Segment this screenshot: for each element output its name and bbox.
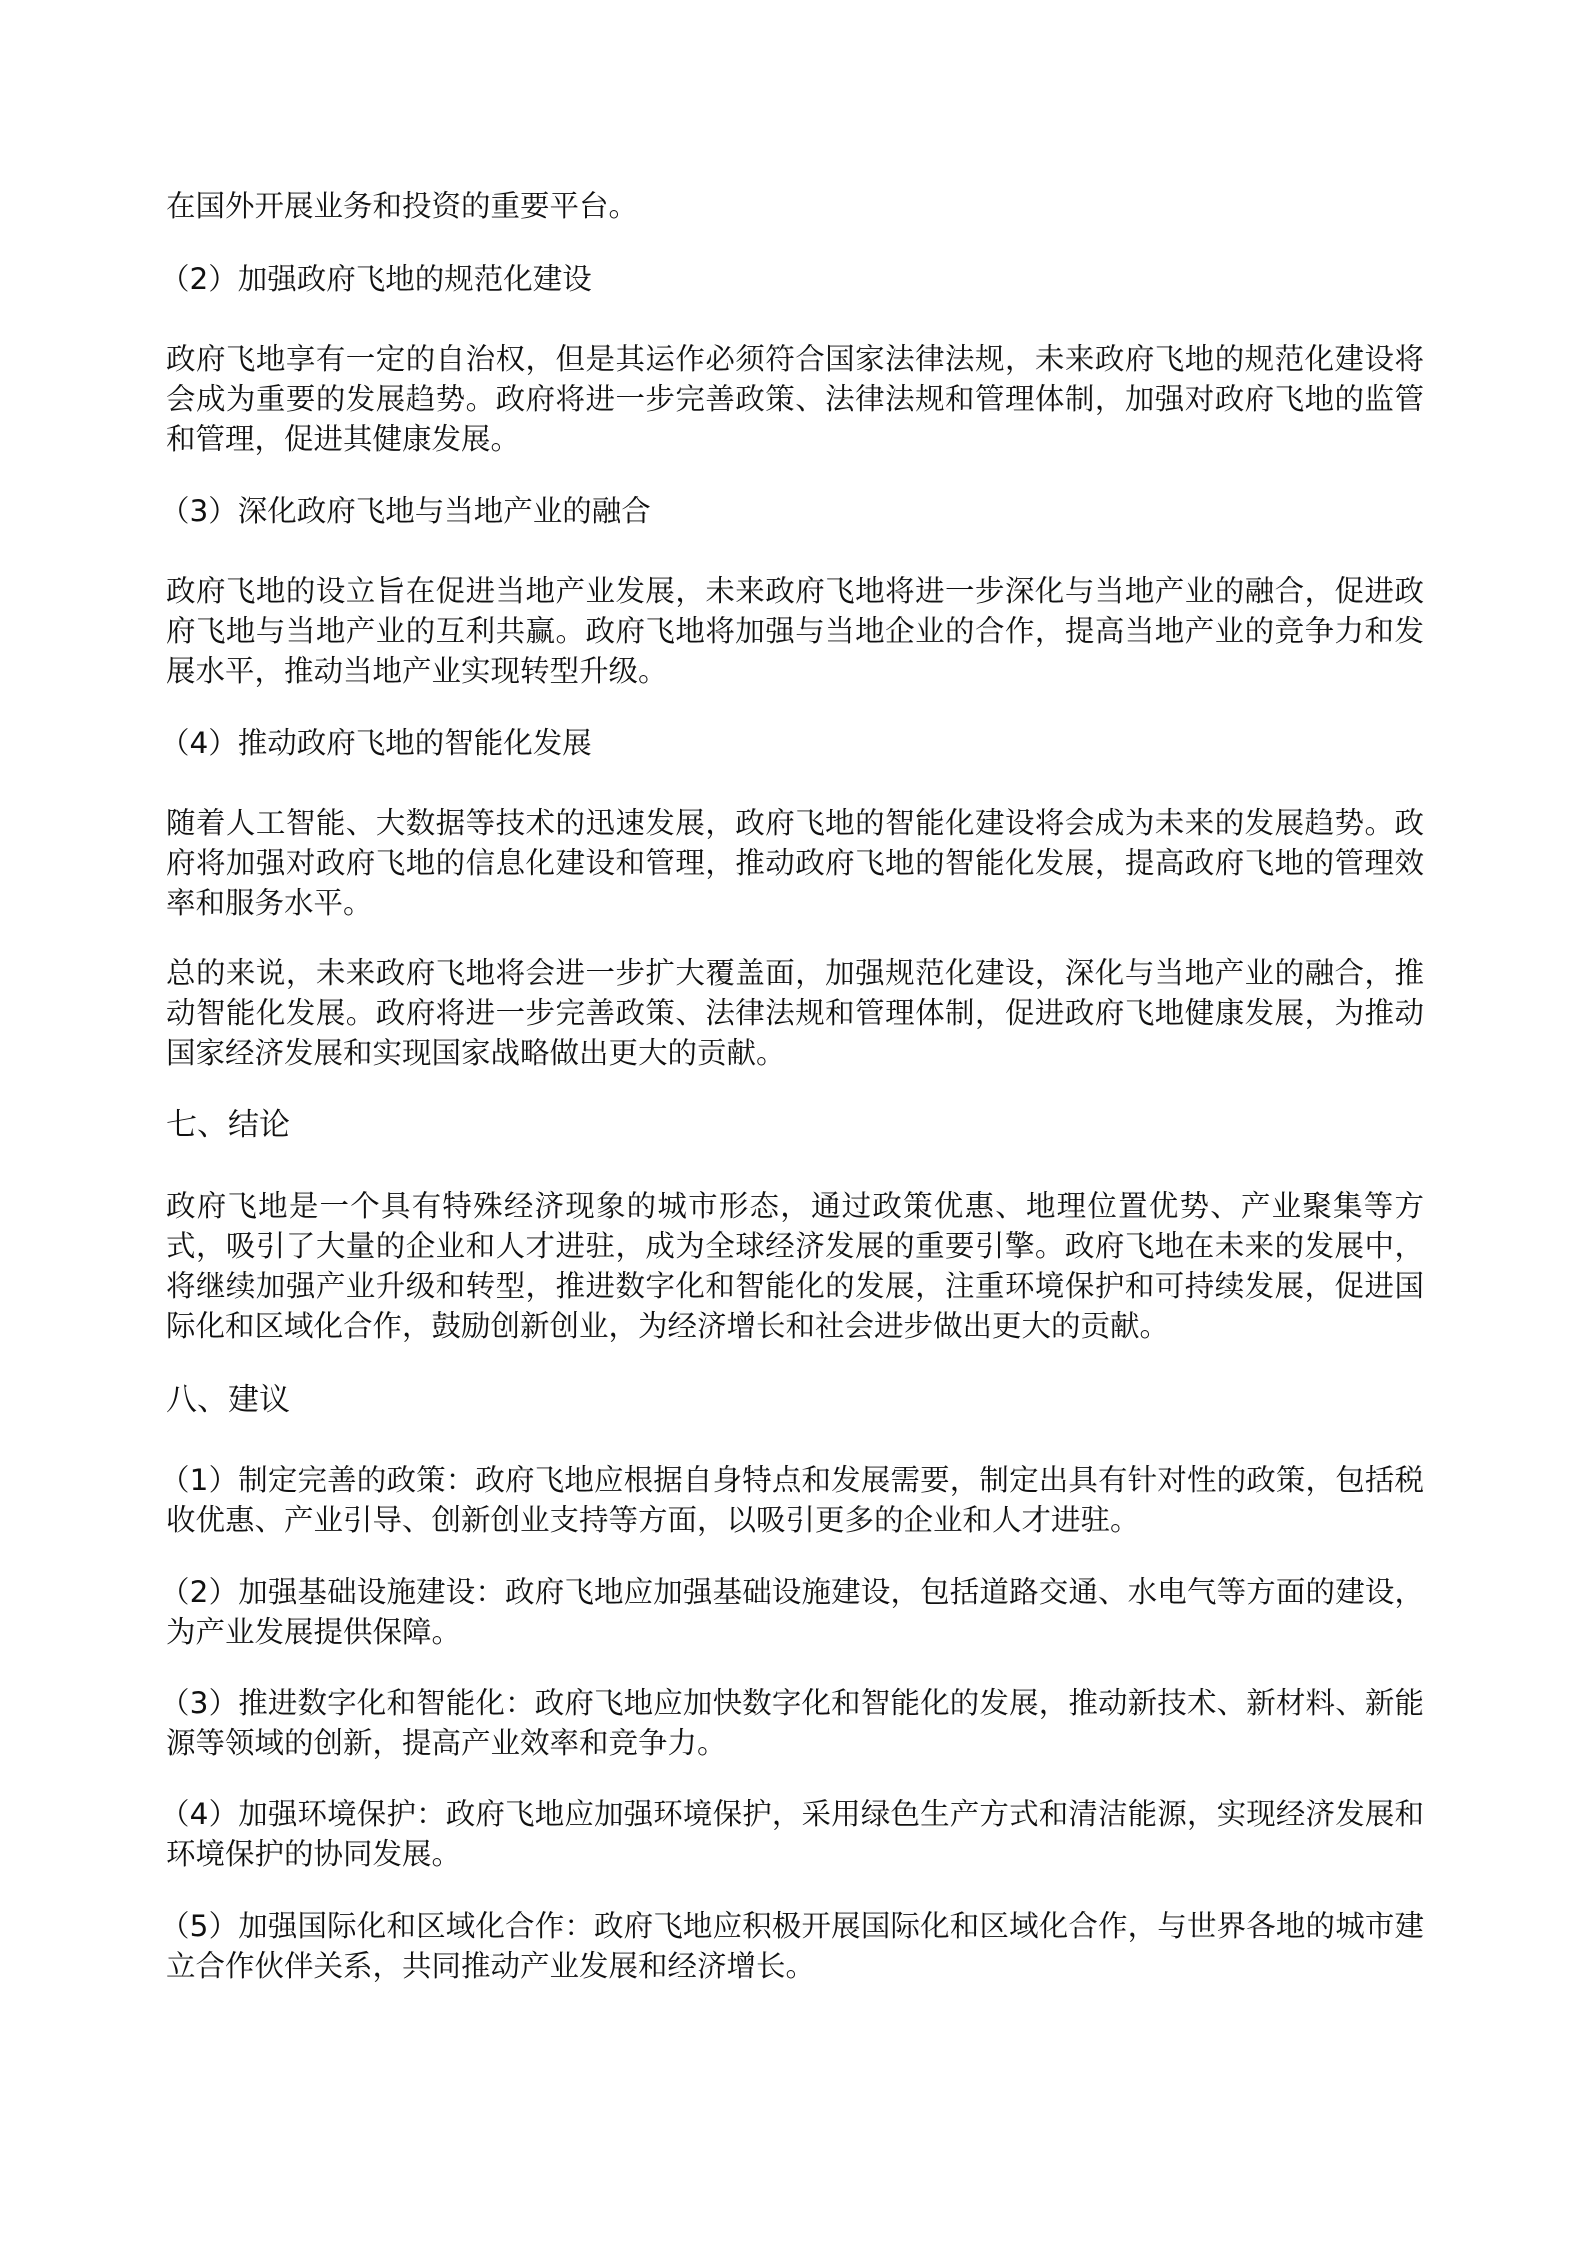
recommendation-item-4: （4）加强环境保护：政府飞地应加强环境保护，采用绿色生产方式和清洁能源，实现经济… [166, 1794, 1424, 1874]
recommendation-item-5: （5）加强国际化和区域化合作：政府飞地应积极开展国际化和区域化合作，与世界各地的… [166, 1906, 1424, 1986]
paragraph-intelligent-development: 随着人工智能、大数据等技术的迅速发展，政府飞地的智能化建设将会成为未来的发展趋势… [166, 803, 1424, 923]
recommendation-item-2: （2）加强基础设施建设：政府飞地应加强基础设施建设，包括道路交通、水电气等方面的… [166, 1572, 1424, 1652]
recommendation-item-1: （1）制定完善的政策：政府飞地应根据自身特点和发展需要，制定出具有针对性的政策，… [166, 1460, 1424, 1540]
paragraph-summary: 总的来说，未来政府飞地将会进一步扩大覆盖面，加强规范化建设，深化与当地产业的融合… [166, 953, 1424, 1073]
heading-conclusion: 七、结论 [166, 1105, 290, 1145]
paragraph-platform-intro: 在国外开展业务和投资的重要平台。 [166, 186, 638, 226]
heading-recommendations: 八、建议 [166, 1380, 290, 1420]
subheading-standardization: （2）加强政府飞地的规范化建设 [160, 259, 592, 299]
paragraph-standardization: 政府飞地享有一定的自治权，但是其运作必须符合国家法律法规，未来政府飞地的规范化建… [166, 339, 1424, 459]
recommendation-item-3: （3）推进数字化和智能化：政府飞地应加快数字化和智能化的发展，推动新技术、新材料… [166, 1683, 1424, 1763]
subheading-intelligent-development: （4）推动政府飞地的智能化发展 [160, 723, 592, 763]
subheading-industry-integration: （3）深化政府飞地与当地产业的融合 [160, 491, 651, 531]
paragraph-industry-integration: 政府飞地的设立旨在促进当地产业发展，未来政府飞地将进一步深化与当地产业的融合，促… [166, 571, 1424, 691]
paragraph-conclusion: 政府飞地是一个具有特殊经济现象的城市形态，通过政策优惠、地理位置优势、产业聚集等… [166, 1186, 1424, 1346]
